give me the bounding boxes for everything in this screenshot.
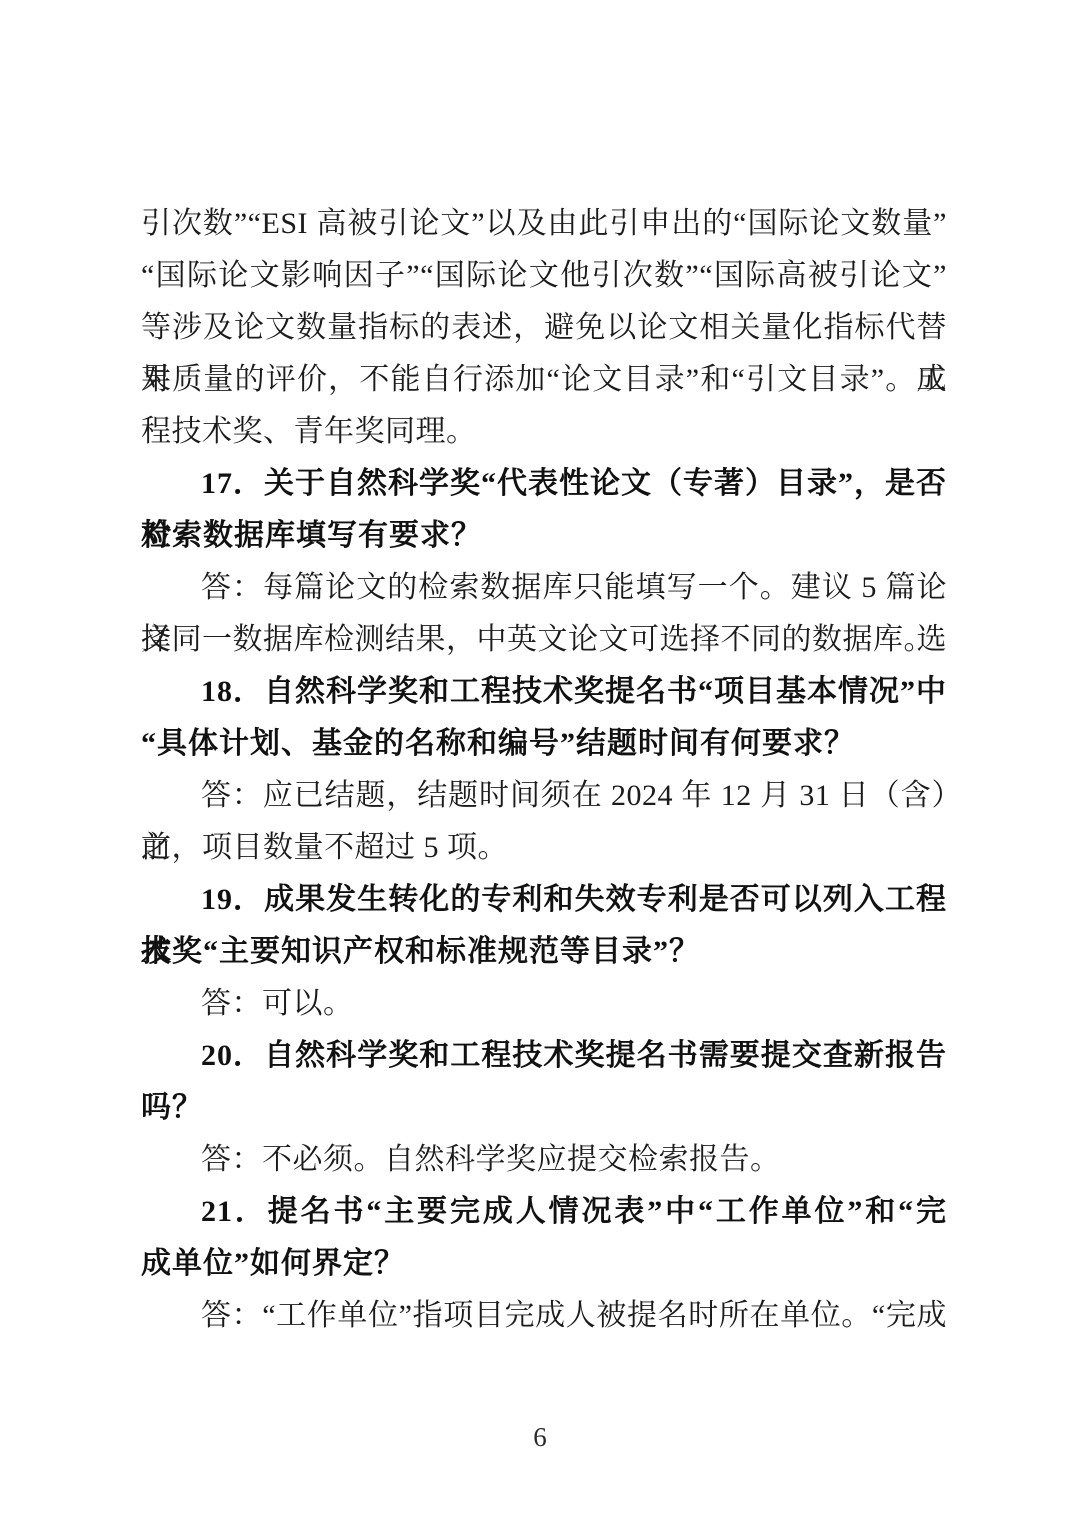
body-continuation-line-4: 果质量的评价，不能自行添加“论文目录”和“引文目录”。工 xyxy=(141,354,947,406)
body-continuation-line-5: 程技术奖、青年奖同理。 xyxy=(141,406,947,458)
question-18-line-2: “具体计划、基金的名称和编号”结题时间有何要求？ xyxy=(141,718,947,770)
body-continuation-line-1: 引次数”“ESI 高被引论文”以及由此引申出的“国际论文数量” xyxy=(141,198,947,250)
page-number: 6 xyxy=(0,1420,1080,1454)
question-19-line-2: 术奖“主要知识产权和标准规范等目录”？ xyxy=(141,926,947,978)
question-20-line-1: 20．自然科学奖和工程技术奖提名书需要提交查新报告 xyxy=(141,1030,947,1082)
question-21-line-2: 成单位”如何界定？ xyxy=(141,1238,947,1290)
answer-20-line-1: 答：不必须。自然科学奖应提交检索报告。 xyxy=(141,1134,947,1186)
question-17-line-2: 检索数据库填写有要求？ xyxy=(141,510,947,562)
answer-21-line-1: 答：“工作单位”指项目完成人被提名时所在单位。“完成 xyxy=(141,1290,947,1342)
answer-18-line-2: 前，项目数量不超过 5 项。 xyxy=(141,822,947,874)
question-18-line-1: 18．自然科学奖和工程技术奖提名书“项目基本情况”中 xyxy=(141,666,947,718)
body-continuation-line-2: “国际论文影响因子”“国际论文他引次数”“国际高被引论文” xyxy=(141,250,947,302)
document-text: 引次数”“ESI 高被引论文”以及由此引申出的“国际论文数量” “国际论文影响因… xyxy=(141,198,947,1342)
answer-18-line-1: 答：应已结题，结题时间须在 2024 年 12 月 31 日（含）之 xyxy=(141,770,947,822)
answer-17-line-1: 答：每篇论文的检索数据库只能填写一个。建议 5 篇论文选 xyxy=(141,562,947,614)
question-21-line-1: 21．提名书“主要完成人情况表”中“工作单位”和“完 xyxy=(141,1186,947,1238)
question-19-line-1: 19．成果发生转化的专利和失效专利是否可以列入工程技 xyxy=(141,874,947,926)
document-page: 引次数”“ESI 高被引论文”以及由此引申出的“国际论文数量” “国际论文影响因… xyxy=(0,0,1080,1528)
body-continuation-line-3: 等涉及论文数量指标的表述，避免以论文相关量化指标代替对成 xyxy=(141,302,947,354)
answer-19-line-1: 答：可以。 xyxy=(141,978,947,1030)
question-20-line-2: 吗？ xyxy=(141,1082,947,1134)
question-17-line-1: 17．关于自然科学奖“代表性论文（专著）目录”，是否对 xyxy=(141,458,947,510)
answer-17-line-2: 择同一数据库检测结果，中英文论文可选择不同的数据库。 xyxy=(141,614,947,666)
